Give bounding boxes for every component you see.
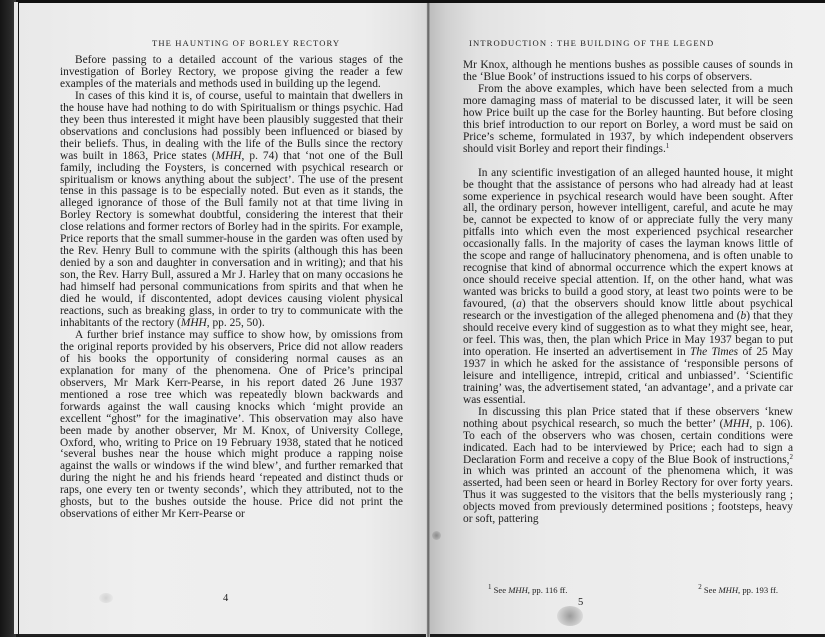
footnote-2: 2 See MHH, pp. 193 ff. — [698, 585, 778, 595]
text-run: In any scientific investigation of an al… — [463, 167, 793, 310]
paragraph: In any scientific investigation of an al… — [463, 168, 793, 407]
paragraph: In discussing this plan Price stated tha… — [463, 407, 793, 527]
paragraph: In cases of this kind it is, of course, … — [60, 91, 403, 330]
text-run: From the above examples, which have been… — [463, 83, 793, 155]
paragraph: A further brief instance may suffice to … — [60, 330, 403, 521]
footnote-suffix: , pp. 116 ff. — [528, 585, 568, 595]
footnote-reference: 1 — [666, 142, 670, 150]
paper-stain — [557, 606, 583, 626]
right-page: INTRODUCTION : THE BUILDING OF THE LEGEN… — [430, 3, 825, 634]
paragraph: From the above examples, which have been… — [463, 84, 793, 156]
text-run: Mr Knox, although he mentions bushes as … — [463, 59, 793, 83]
right-running-head: INTRODUCTION : THE BUILDING OF THE LEGEN… — [469, 38, 714, 48]
italic-text: MHH — [723, 418, 749, 430]
footnote-reference: 2 — [790, 453, 794, 461]
italic-text: MHH — [181, 317, 207, 329]
italic-text: The Times — [690, 346, 738, 358]
footnote-ref: MHH — [508, 585, 528, 595]
left-page-number: 4 — [223, 593, 228, 604]
footnote-suffix: , pp. 193 ff. — [738, 585, 778, 595]
paragraph: Before passing to a detailed account of … — [60, 55, 403, 91]
text-run: A further brief instance may suffice to … — [60, 329, 403, 520]
paper-stain — [432, 531, 441, 540]
right-body-text: Mr Knox, although he mentions bushes as … — [463, 60, 793, 526]
footnote-prefix: See — [492, 585, 509, 595]
footnote-prefix: See — [702, 585, 719, 595]
paragraph: Mr Knox, although he mentions bushes as … — [463, 60, 793, 84]
text-run: Before passing to a detailed account of … — [60, 54, 403, 90]
left-page: THE HAUNTING OF BORLEY RECTORY Before pa… — [19, 3, 426, 636]
right-page-number: 5 — [578, 597, 583, 608]
text-run: , pp. 25, 50). — [207, 317, 265, 329]
footnote-1: 1 See MHH, pp. 116 ff. — [488, 585, 567, 595]
page-edge-line — [14, 2, 18, 634]
left-body-text: Before passing to a detailed account of … — [60, 55, 403, 521]
paper-blemish — [99, 593, 113, 603]
text-run: in which was printed an account of the p… — [463, 465, 793, 525]
footnotes: 1 See MHH, pp. 116 ff. 2 See MHH, pp. 19… — [488, 585, 778, 595]
footnote-ref: MHH — [718, 585, 738, 595]
italic-text: MHH — [216, 150, 242, 162]
text-run: , p. 74) that ‘not one of the Bull famil… — [60, 150, 403, 329]
left-running-head: THE HAUNTING OF BORLEY RECTORY — [152, 38, 340, 48]
